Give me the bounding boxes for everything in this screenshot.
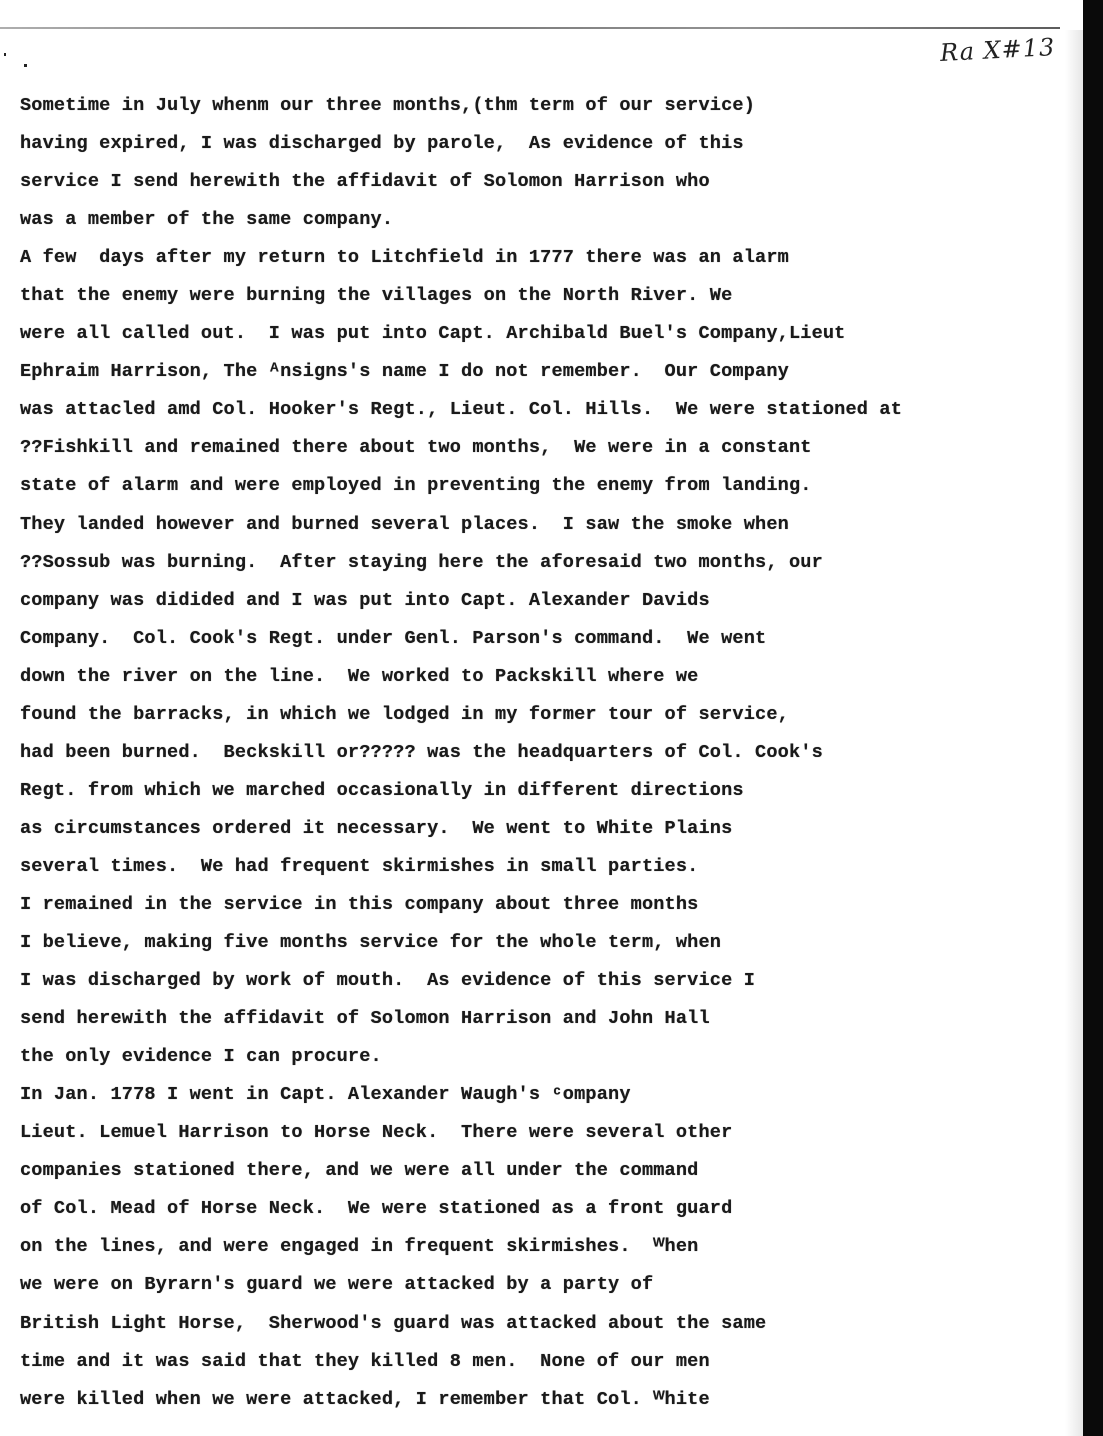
text-line: had been burned. Beckskill or????? was t… bbox=[20, 739, 1030, 777]
text-line: ??Fishkill and remained there about two … bbox=[20, 434, 1030, 472]
top-rule-divider bbox=[0, 27, 1060, 29]
text-line: was attacled amd Col. Hooker's Regt., Li… bbox=[20, 396, 1030, 434]
text-line: the only evidence I can procure. bbox=[20, 1043, 1030, 1081]
page-edge-shadow bbox=[1065, 30, 1083, 1436]
scan-border bbox=[1083, 0, 1103, 1436]
text-line: time and it was said that they killed 8 … bbox=[20, 1348, 1030, 1386]
text-line: on the lines, and were engaged in freque… bbox=[20, 1233, 1030, 1271]
text-line: A few days after my return to Litchfield… bbox=[20, 244, 1030, 282]
text-line: In Jan. 1778 I went in Capt. Alexander W… bbox=[20, 1081, 1030, 1119]
typed-text-body: Sometime in July whenm our three months,… bbox=[20, 92, 1030, 1424]
text-line: we were on Byrarn's guard we were attack… bbox=[20, 1271, 1030, 1309]
scan-speck bbox=[4, 53, 6, 56]
text-line: as circumstances ordered it necessary. W… bbox=[20, 815, 1030, 853]
text-line: Sometime in July whenm our three months,… bbox=[20, 92, 1030, 130]
text-line: I believe, making five months service fo… bbox=[20, 929, 1030, 967]
text-line: were killed when we were attacked, I rem… bbox=[20, 1386, 1030, 1424]
text-line: send herewith the affidavit of Solomon H… bbox=[20, 1005, 1030, 1043]
text-line: were all called out. I was put into Capt… bbox=[20, 320, 1030, 358]
text-line: of Col. Mead of Horse Neck. We were stat… bbox=[20, 1195, 1030, 1233]
text-line: service I send herewith the affidavit of… bbox=[20, 168, 1030, 206]
text-line: British Light Horse, Sherwood's guard wa… bbox=[20, 1310, 1030, 1348]
text-line: down the river on the line. We worked to… bbox=[20, 663, 1030, 701]
text-line: Lieut. Lemuel Harrison to Horse Neck. Th… bbox=[20, 1119, 1030, 1157]
text-line: several times. We had frequent skirmishe… bbox=[20, 853, 1030, 891]
text-line: They landed however and burned several p… bbox=[20, 511, 1030, 549]
text-line: ??Sossub was burning. After staying here… bbox=[20, 549, 1030, 587]
text-line: state of alarm and were employed in prev… bbox=[20, 472, 1030, 510]
handwritten-page-annotation: Ra X#13 bbox=[939, 33, 1056, 67]
scan-speck bbox=[24, 64, 27, 67]
text-line: I remained in the service in this compan… bbox=[20, 891, 1030, 929]
text-line: Company. Col. Cook's Regt. under Genl. P… bbox=[20, 625, 1030, 663]
text-line: was a member of the same company. bbox=[20, 206, 1030, 244]
text-line: found the barracks, in which we lodged i… bbox=[20, 701, 1030, 739]
text-line: that the enemy were burning the villages… bbox=[20, 282, 1030, 320]
text-line: I was discharged by work of mouth. As ev… bbox=[20, 967, 1030, 1005]
text-line: Ephraim Harrison, The ᴬnsigns's name I d… bbox=[20, 358, 1030, 396]
document-page: Ra X#13 Sometime in July whenm our three… bbox=[0, 0, 1103, 1436]
text-line: Regt. from which we marched occasionally… bbox=[20, 777, 1030, 815]
text-line: companies stationed there, and we were a… bbox=[20, 1157, 1030, 1195]
text-line: having expired, I was discharged by paro… bbox=[20, 130, 1030, 168]
text-line: company was didided and I was put into C… bbox=[20, 587, 1030, 625]
